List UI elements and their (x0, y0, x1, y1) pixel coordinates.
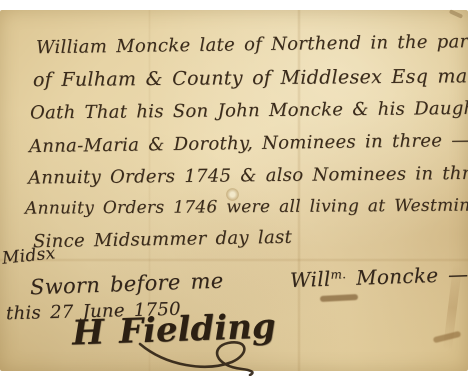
county-margin-note: Midsx (1, 243, 56, 268)
deponent-signature: Willm. Moncke — (290, 262, 468, 292)
corner-ink-mark (449, 9, 463, 19)
manuscript-line-2: of Fulham & County of Middlesex Esq make… (33, 65, 468, 91)
deponent-signature-prefix: Will (290, 267, 331, 292)
signature-flourish (138, 336, 268, 376)
photo-frame: William Moncke late of Northend in the p… (0, 0, 468, 382)
manuscript-line-6: Annuity Orders 1746 were all living at W… (25, 195, 468, 218)
horizontal-fold-crease (0, 258, 468, 262)
manuscript-line-3: Oath That his Son John Moncke & his Daug… (30, 97, 468, 123)
sworn-before-me-line: Sworn before me (30, 269, 224, 300)
vertical-fold-crease (297, 10, 301, 371)
manuscript-line-4: Anna-Maria & Dorothy, Nominees in three … (29, 130, 468, 157)
ink-smudge-stain (320, 294, 358, 302)
manuscript-line-1: William Moncke late of Northend in the p… (36, 31, 468, 58)
manuscript-line-7: Since Midsummer day last (33, 227, 292, 253)
deponent-signature-superscript: m. (330, 267, 346, 282)
manuscript-line-5: Annuity Orders 1745 & also Nominees in t… (28, 162, 468, 188)
deponent-signature-dash: — (438, 262, 468, 287)
deponent-signature-rest: Moncke (346, 263, 439, 290)
manuscript-paper: William Moncke late of Northend in the p… (0, 10, 468, 371)
